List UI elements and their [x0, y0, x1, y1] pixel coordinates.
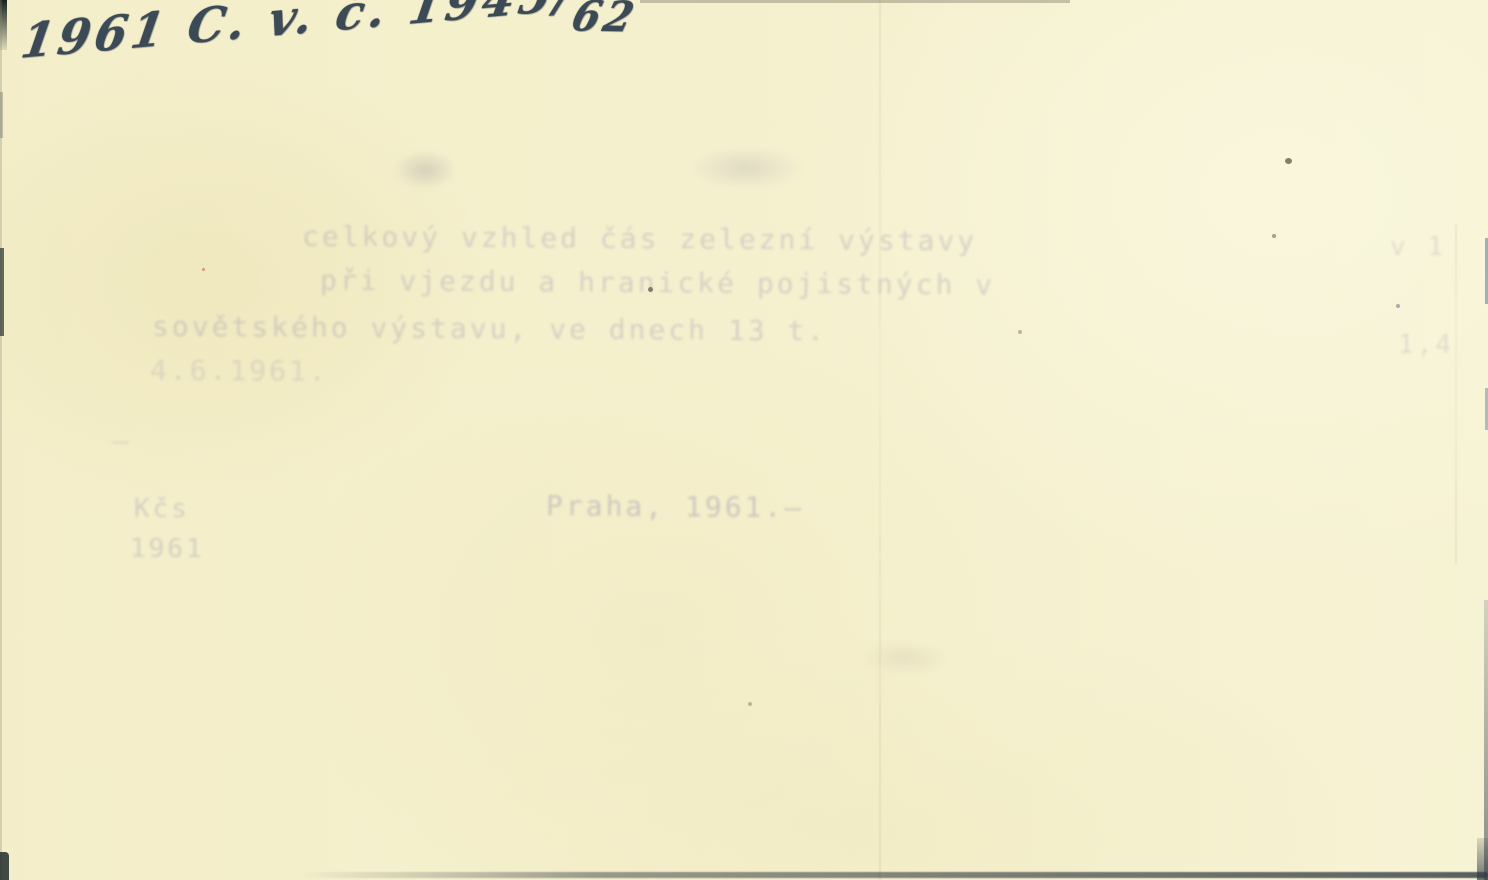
bleedthrough-line-1: celkový vzhled čás zelezní výstavy	[302, 220, 977, 258]
scan-edge-left	[0, 92, 3, 138]
ink-smudge	[860, 640, 950, 676]
ink-smudge	[688, 146, 804, 190]
scan-edge-left	[0, 852, 9, 880]
inscription-main: 1961 C. v. č. 1945/	[17, 0, 581, 70]
paper-crease	[1455, 225, 1457, 565]
scanned-catalog-card: 1961 C. v. č. 1945/62 celkový vzhled čás…	[0, 0, 1488, 880]
bleedthrough-line-4: 4.6.1961.	[150, 353, 329, 387]
bleedthrough-fragment-right-2: 1,4	[1398, 330, 1454, 360]
bleedthrough-fragment-right-1: v 1	[1390, 232, 1446, 262]
paper-speck	[1285, 158, 1292, 164]
paper-speck	[648, 287, 653, 292]
ink-smudge	[393, 150, 457, 190]
bleedthrough-place-date: Praha, 1961.—	[546, 489, 804, 524]
bleedthrough-currency: Kčs	[134, 494, 190, 524]
paper-speck	[1396, 304, 1400, 308]
bleedthrough-line-2: při vjezdu a hranické pojistných v	[320, 264, 995, 302]
bleedthrough-dash: —	[112, 424, 132, 457]
handwritten-inventory-number: 1961 C. v. č. 1945/62	[17, 0, 646, 70]
scan-edge-left	[0, 248, 4, 336]
scan-edge-top	[640, 0, 1070, 3]
paper-speck	[202, 268, 205, 271]
paper-crease	[879, 0, 881, 880]
bleedthrough-line-3: sovětského výstavu, ve dnech 13 t.	[152, 310, 827, 348]
paper-speck	[1018, 330, 1022, 334]
scan-edge-bottom	[300, 872, 1488, 878]
paper-speck	[1272, 234, 1276, 238]
inscription-denominator: 62	[567, 0, 643, 42]
paper-speck	[748, 702, 752, 706]
bleedthrough-year: 1961	[130, 534, 205, 565]
